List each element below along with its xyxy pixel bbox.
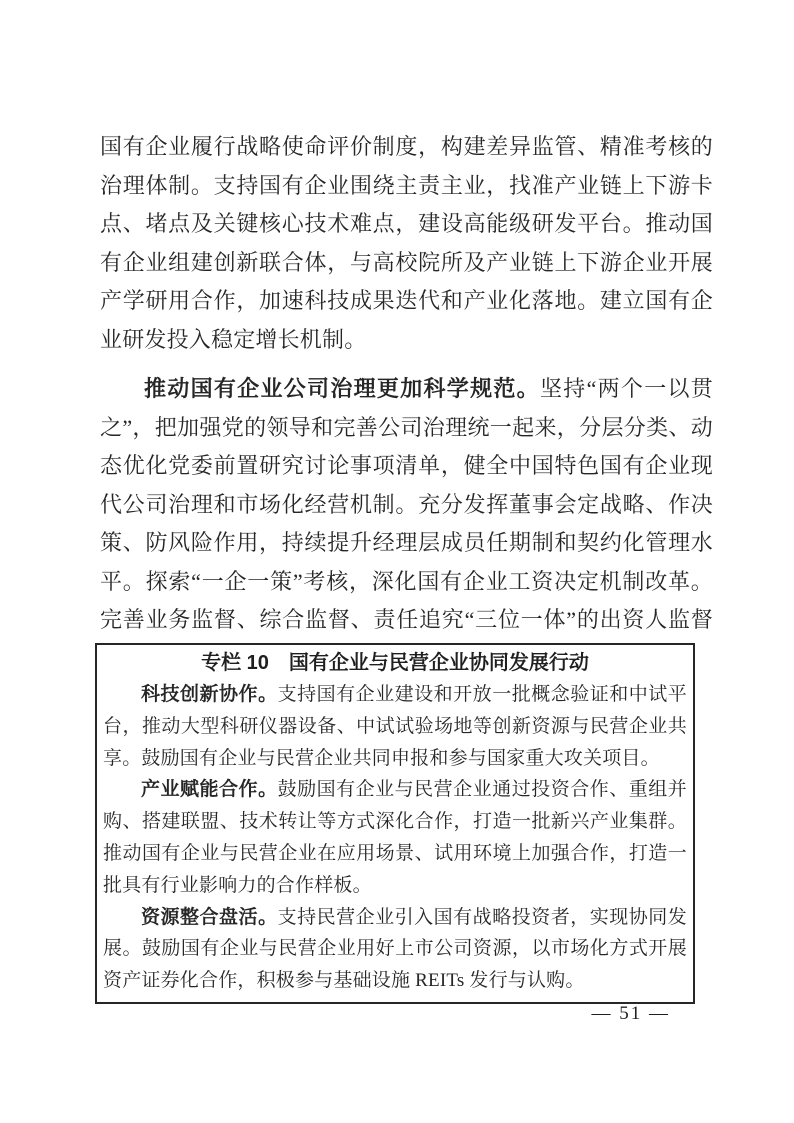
body-paragraph: 推动国有企业公司治理更加科学规范。坚持“两个一以贯之”，把加强党的领导和完善公司… xyxy=(100,370,713,678)
paragraph-lead: 产业赋能合作。 xyxy=(141,779,278,800)
box-paragraph: 资源整合盘活。支持民营企业引入国有战略投资者，实现协同发展。鼓励国有企业与民营企… xyxy=(103,902,687,997)
paragraph-text: 坚持“两个一以贯之”，把加强党的领导和完善公司治理统一起来，分层分类、动态优化党… xyxy=(100,376,713,671)
box-paragraph: 科技创新协作。支持国有企业建设和开放一批概念验证和中试平台，推动大型科研仪器设备… xyxy=(103,679,687,774)
body-paragraph: 国有企业履行战略使命评价制度，构建差异监管、精准考核的治理体制。支持国有企业围绕… xyxy=(100,128,713,359)
box-title: 专栏 10 国有企业与民营企业协同发展行动 xyxy=(103,647,687,679)
paragraph-text: 国有企业履行战略使命评价制度，构建差异监管、精准考核的治理体制。支持国有企业围绕… xyxy=(100,134,713,352)
policy-column-box: 专栏 10 国有企业与民营企业协同发展行动 科技创新协作。支持国有企业建设和开放… xyxy=(95,643,695,1004)
paragraph-lead: 科技创新协作。 xyxy=(141,684,278,705)
document-page: 国有企业履行战略使命评价制度，构建差异监管、精准考核的治理体制。支持国有企业围绕… xyxy=(0,0,794,1123)
page-number: — 51 — xyxy=(592,1001,671,1027)
paragraph-lead: 资源整合盘活。 xyxy=(141,907,278,928)
body-text-block: 国有企业履行战略使命评价制度，构建差异监管、精准考核的治理体制。支持国有企业围绕… xyxy=(100,128,713,678)
box-paragraph: 产业赋能合作。鼓励国有企业与民营企业通过投资合作、重组并购、搭建联盟、技术转让等… xyxy=(103,774,687,901)
page-number-text: — 51 — xyxy=(592,1003,671,1024)
paragraph-lead: 推动国有企业公司治理更加科学规范。 xyxy=(144,376,540,401)
